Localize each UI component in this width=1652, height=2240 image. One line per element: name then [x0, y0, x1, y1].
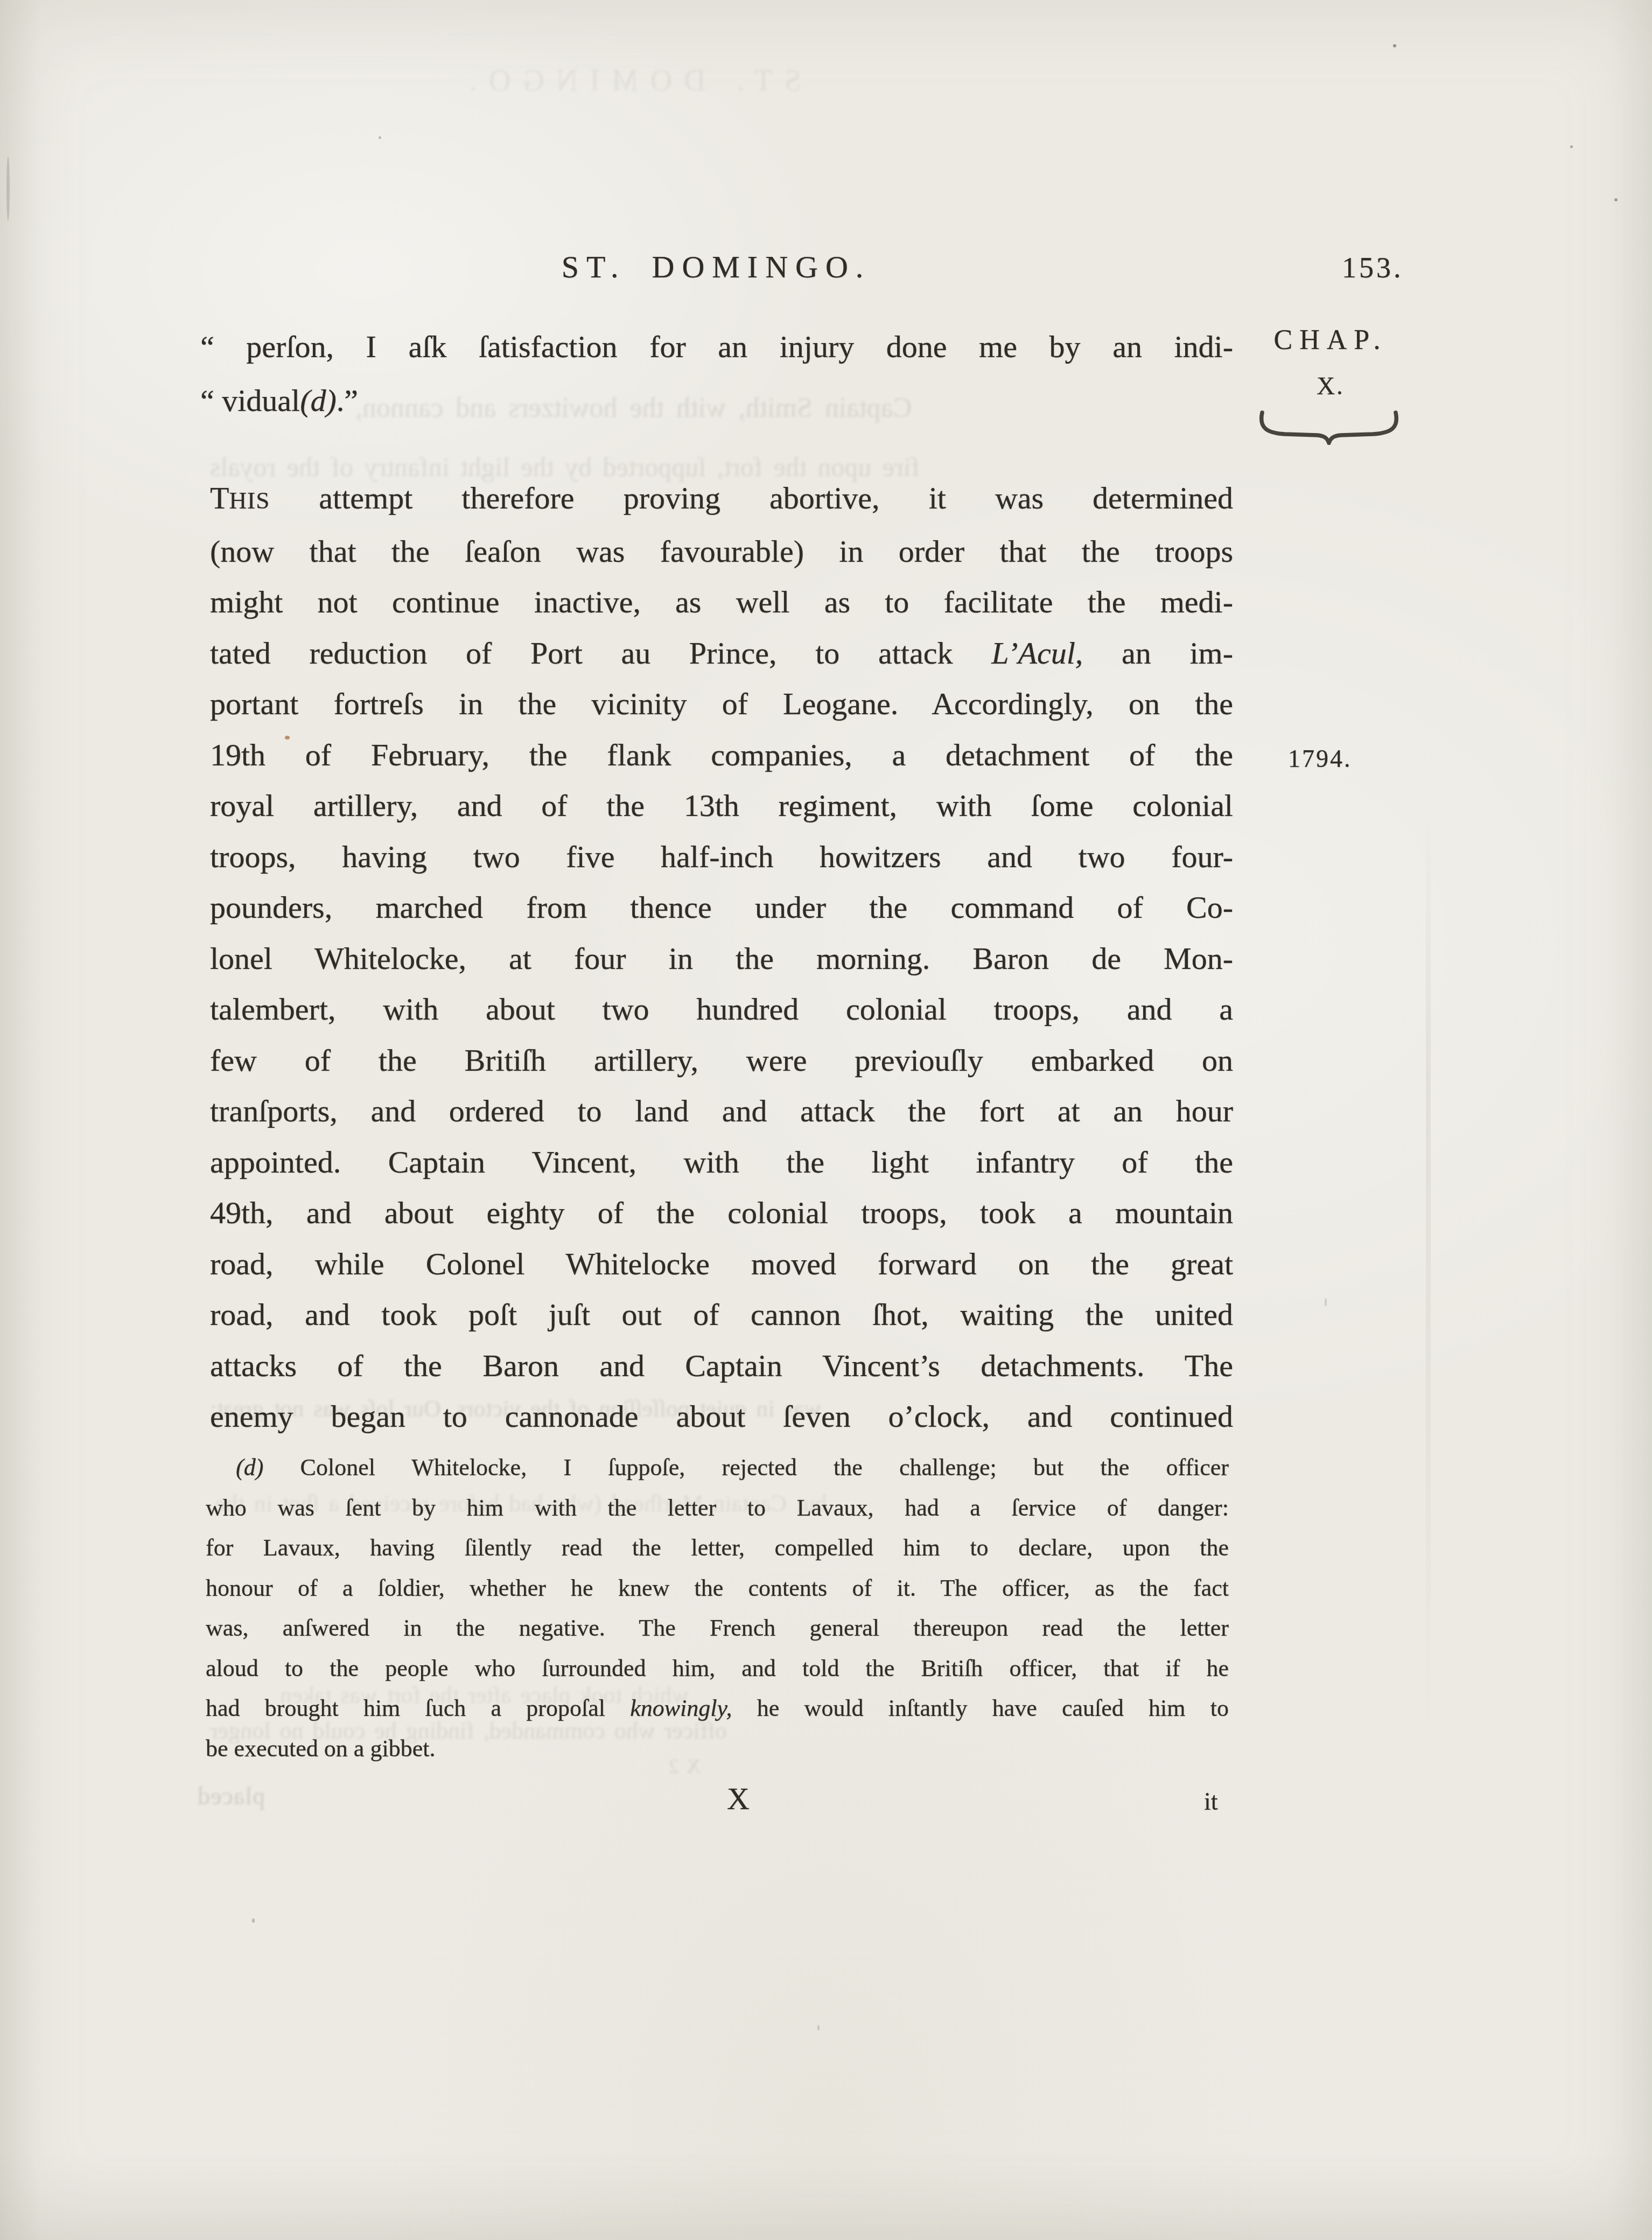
body-line: tated reduction of Port au Prince, to at… [210, 628, 1233, 679]
text-segment: for Lavaux, having ſilently read the let… [206, 1534, 1229, 1561]
text-segment: 49th, and about eighty of the colonial t… [210, 1195, 1233, 1230]
body-line: royal artillery, and of the 13th regimen… [210, 780, 1233, 832]
sidenote-chapter-label: CHAP. [1260, 324, 1401, 356]
text-segment: lonel Whitelocke, at four in the morning… [210, 941, 1233, 976]
body-line: 49th, and about eighty of the colonial t… [210, 1188, 1233, 1239]
text-segment: attempt therefore proving abortive, it w… [270, 480, 1233, 515]
text-segment: road, and took poſt juſt out of cannon ſ… [210, 1297, 1233, 1332]
body-paragraph: THIS attempt therefore proving abortive,… [210, 473, 1233, 1442]
text-segment: an im- [1083, 636, 1233, 671]
bleedthrough-text: placed [197, 1782, 265, 1810]
footnote-block: (d) Colonel Whitelocke, I ſuppoſe, rejec… [206, 1448, 1229, 1769]
paper-speck [379, 136, 381, 139]
text-segment: aloud to the people who ſurrounded him, … [206, 1655, 1229, 1681]
page-number: 153. [1342, 251, 1404, 284]
text-segment: royal artillery, and of the 13th regimen… [210, 788, 1233, 823]
text-segment: talembert, with about two hundred coloni… [210, 992, 1233, 1027]
text-segment: tated reduction of Port au Prince, to at… [210, 636, 991, 671]
body-line: troops, having two five half-inch howitz… [210, 832, 1233, 883]
text-segment: few of the Britiſh artillery, were previ… [210, 1043, 1233, 1078]
chapter-brace-icon [1257, 408, 1401, 445]
text-segment: road, while Colonel Whitelocke moved for… [210, 1246, 1233, 1281]
running-header-title: ST.DOMINGO. [199, 249, 1233, 285]
body-line: talembert, with about two hundred coloni… [210, 984, 1233, 1035]
text-segment: appointed. Captain Vincent, with the lig… [210, 1145, 1233, 1180]
sidenote-chapter-numeral: X. [1260, 372, 1401, 401]
body-line: (now that the ſeaſon was favourable) in … [210, 526, 1233, 577]
body-line: 19th of February, the flank companies, a… [210, 730, 1233, 781]
text-segment: honour of a ſoldier, whether he knew the… [206, 1575, 1229, 1601]
paper-speck [1614, 198, 1618, 201]
catchword: it [1204, 1787, 1218, 1816]
footnote-line: for Lavaux, having ſilently read the let… [206, 1528, 1229, 1568]
footnote-line: be executed on a gibbet. [206, 1729, 1229, 1769]
text-segment: tranſports, and ordered to land and atta… [210, 1093, 1233, 1128]
text-segment: .” [337, 383, 358, 418]
paper-speck [252, 1918, 255, 1923]
footnote-line: who was ſent by him with the letter to L… [206, 1488, 1229, 1529]
body-line: pounders, marched from thence under the … [210, 882, 1233, 933]
text-segment: was, anſwered in the negative. The Frenc… [206, 1615, 1229, 1641]
body-line: attacks of the Baron and Captain Vincent… [210, 1341, 1233, 1392]
footnote-line: aloud to the people who ſurrounded him, … [206, 1649, 1229, 1689]
text-segment: (d) [236, 1454, 263, 1481]
quotation-line: “ perſon, I aſk ſatisfaction for an inju… [200, 320, 1233, 374]
paper-speck [1570, 145, 1573, 148]
footnote-line: was, anſwered in the negative. The Frenc… [206, 1608, 1229, 1649]
text-segment: troops, having two five half-inch howitz… [210, 839, 1233, 874]
text-segment: (now that the ſeaſon was favourable) in … [210, 534, 1233, 569]
text-segment: “ perſon, I aſk ſatisfaction for an inju… [200, 329, 1233, 364]
text-segment: “ vidual [200, 383, 300, 418]
body-line: few of the Britiſh artillery, were previ… [210, 1035, 1233, 1086]
paper-speck [1393, 44, 1396, 47]
book-page-scan: ST. DOMINGO.Captain Smith, with the howi… [0, 0, 1652, 2240]
body-line: THIS attempt therefore proving abortive,… [210, 473, 1233, 526]
text-segment: portant fortreſs in the vicinity of Leog… [210, 686, 1233, 721]
text-segment: might not continue inactive, as well as … [210, 584, 1233, 619]
header-title-right: DOMINGO. [652, 249, 871, 284]
text-segment: (d) [300, 383, 337, 418]
text-segment: attacks of the Baron and Captain Vincent… [210, 1348, 1233, 1383]
footnote-line: honour of a ſoldier, whether he knew the… [206, 1568, 1229, 1609]
body-line: portant fortreſs in the vicinity of Leog… [210, 679, 1233, 730]
text-segment: 19th of February, the flank companies, a… [210, 737, 1233, 772]
text-segment: L’Acul, [991, 636, 1083, 671]
paper-speck [817, 2025, 820, 2030]
body-line: road, while Colonel Whitelocke moved for… [210, 1239, 1233, 1290]
signature-mark: X [727, 1781, 750, 1817]
text-segment: pounders, marched from thence under the … [210, 890, 1233, 925]
text-segment: be executed on a gibbet. [206, 1735, 435, 1762]
text-segment: he would inſtantly have cauſed him to [732, 1695, 1229, 1721]
quotation-block: “ perſon, I aſk ſatisfaction for an inju… [200, 320, 1233, 428]
quotation-line: “ vidual(d).” [200, 374, 1233, 428]
sidenote-year: 1794. [1288, 744, 1352, 773]
text-segment: who was ſent by him with the letter to L… [206, 1495, 1229, 1521]
text-segment: Colonel Whitelocke, I ſuppoſe, rejected … [263, 1454, 1229, 1481]
paper-streak [1426, 808, 1431, 1750]
header-title-left: ST. [562, 249, 626, 284]
paper-speck [6, 156, 10, 221]
body-line: tranſports, and ordered to land and atta… [210, 1086, 1233, 1137]
footnote-line: had brought him ſuch a propoſal knowingl… [206, 1688, 1229, 1729]
paper-speck [1325, 1298, 1327, 1307]
body-line: road, and took poſt juſt out of cannon ſ… [210, 1289, 1233, 1341]
text-segment: enemy began to cannonade about ſeven o’c… [210, 1399, 1233, 1434]
text-segment: T [210, 480, 229, 515]
footnote-line: (d) Colonel Whitelocke, I ſuppoſe, rejec… [206, 1448, 1229, 1488]
body-line: appointed. Captain Vincent, with the lig… [210, 1137, 1233, 1188]
body-line: might not continue inactive, as well as … [210, 577, 1233, 628]
bleedthrough-text: ST. DOMINGO. [458, 64, 801, 98]
body-line: lonel Whitelocke, at four in the morning… [210, 933, 1233, 985]
text-segment: knowingly, [630, 1695, 732, 1721]
text-segment: HIS [229, 487, 270, 514]
body-line: enemy began to cannonade about ſeven o’c… [210, 1391, 1233, 1442]
text-segment: had brought him ſuch a propoſal [206, 1695, 630, 1721]
